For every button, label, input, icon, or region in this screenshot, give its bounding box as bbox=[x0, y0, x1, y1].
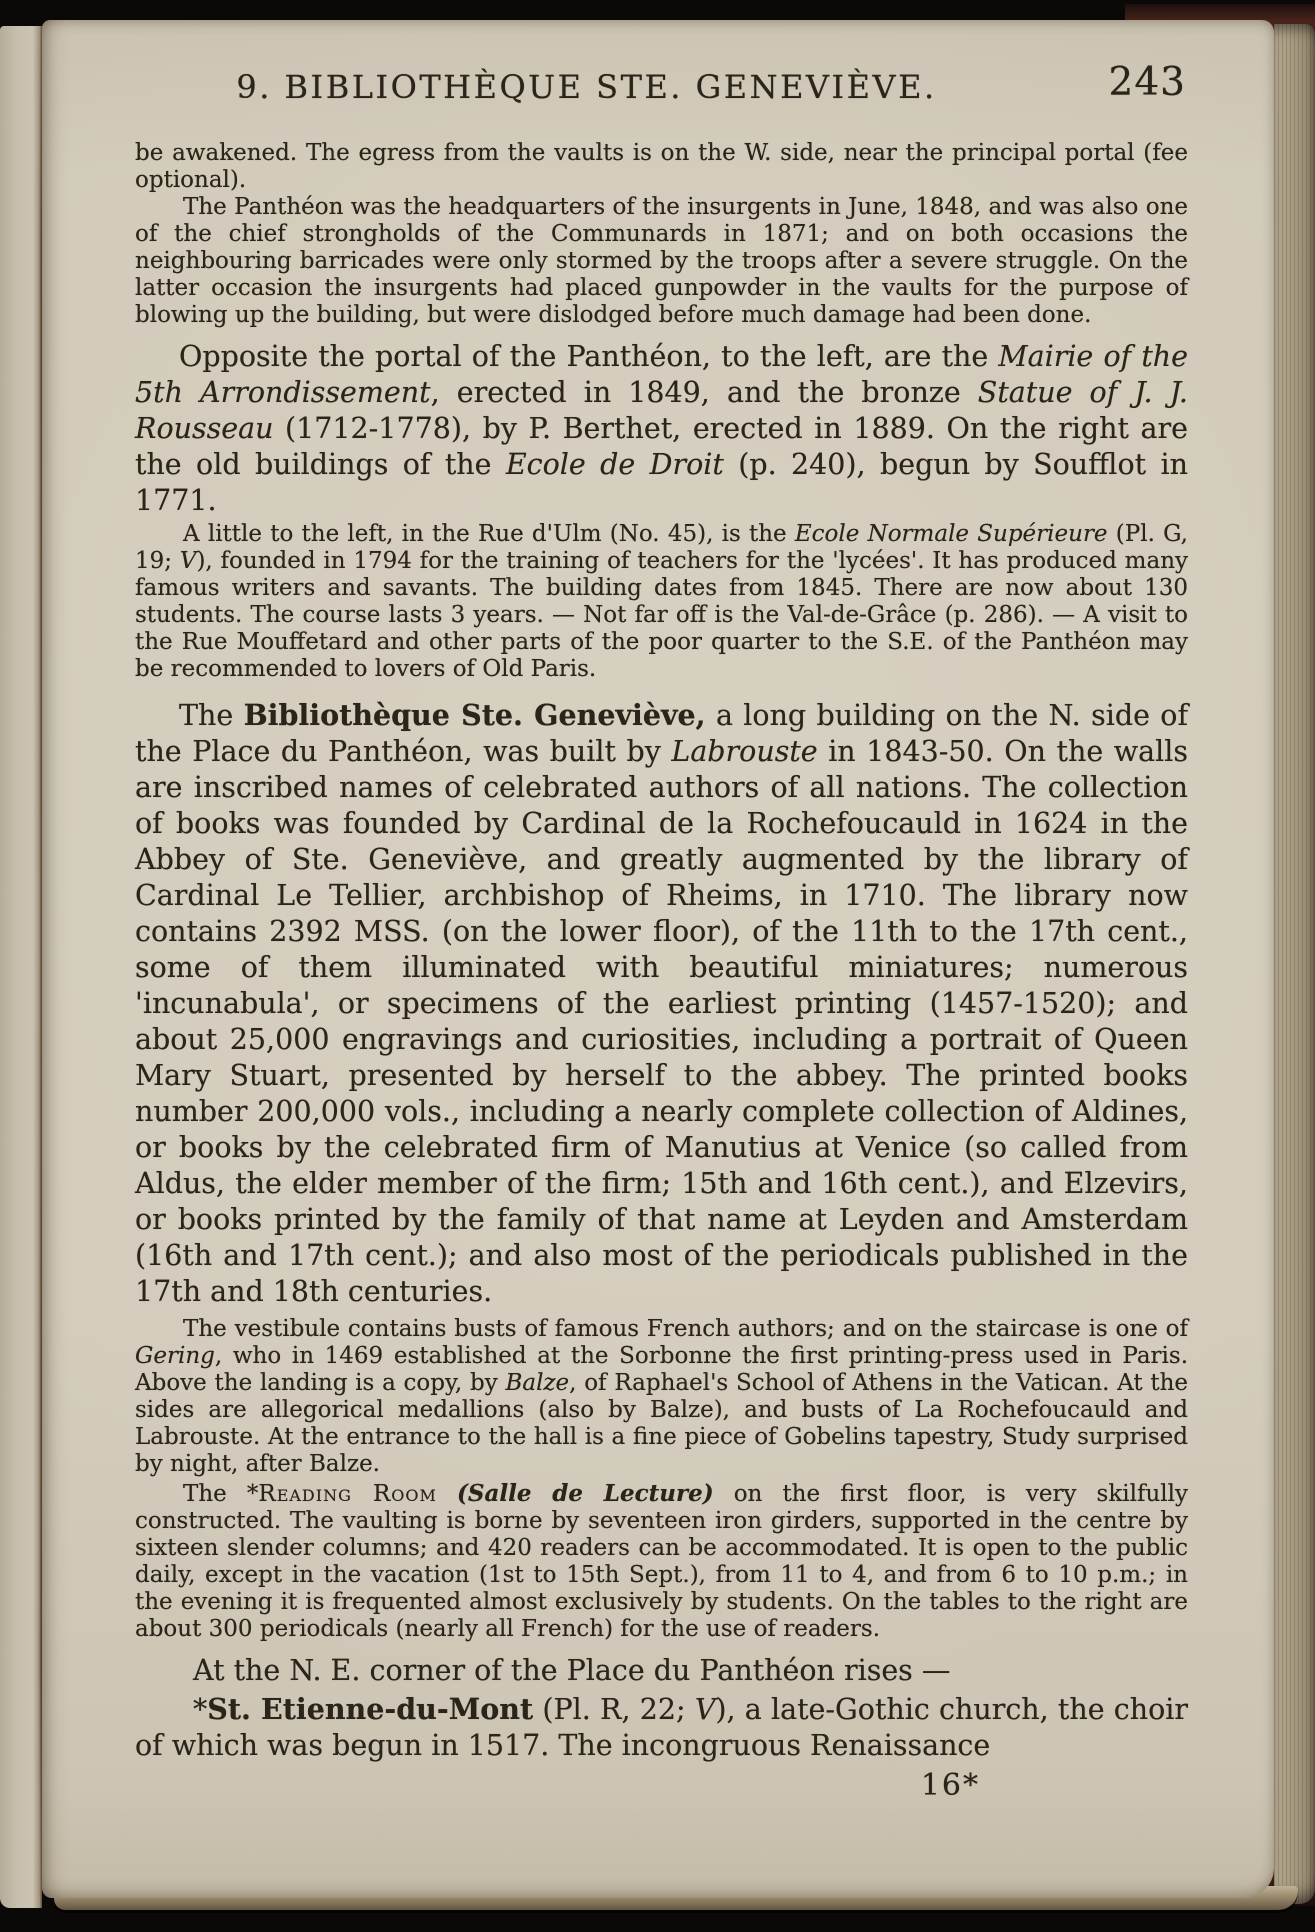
page-number: 243 bbox=[1109, 60, 1186, 105]
text-run: be awakened. The egress from the vaults … bbox=[135, 140, 1188, 193]
paragraph-mairie-statue: Opposite the portal of the Panthéon, to … bbox=[135, 339, 1188, 519]
paragraph-vestibule-note: The vestibule contains busts of famous F… bbox=[135, 1316, 1188, 1478]
text-run: The * bbox=[183, 1481, 258, 1507]
book-scan-scene: 9. BIBLIOTHÈQUE STE. GENEVIÈVE. 243 be a… bbox=[0, 0, 1315, 1932]
book-page: 9. BIBLIOTHÈQUE STE. GENEVIÈVE. 243 be a… bbox=[42, 20, 1274, 1898]
text-block: be awakened. The egress from the vaults … bbox=[135, 140, 1188, 1803]
text-run: (Pl. R, 22; bbox=[533, 1693, 695, 1726]
running-header: 9. BIBLIOTHÈQUE STE. GENEVIÈVE. 243 bbox=[135, 68, 1188, 126]
text-run: (Salle de Lecture) bbox=[457, 1480, 714, 1507]
text-run bbox=[437, 1481, 457, 1507]
paragraph-ne-corner: At the N. E. corner of the Place du Pant… bbox=[135, 1653, 1188, 1689]
text-run: St. Etienne-du-Mont bbox=[207, 1692, 533, 1726]
paragraph-ecole-normale-note: A little to the left, in the Rue d'Ulm (… bbox=[135, 521, 1188, 683]
text-run: in 1843-50. On the walls are inscribed n… bbox=[135, 735, 1188, 1308]
text-run: The vestibule contains busts of famous F… bbox=[183, 1316, 1188, 1342]
text-run: Ecole de Droit bbox=[506, 448, 724, 481]
text-run: V bbox=[695, 1693, 716, 1726]
text-run: * bbox=[193, 1693, 207, 1726]
book-fore-edge bbox=[1274, 24, 1315, 1904]
text-run: V bbox=[180, 548, 197, 574]
text-run: Ecole Normale Supérieure bbox=[795, 521, 1108, 547]
paragraph-pantheon-egress: be awakened. The egress from the vaults … bbox=[135, 140, 1188, 194]
text-run: ), founded in 1794 for the training of t… bbox=[135, 548, 1188, 682]
gutter-previous-page-edge bbox=[0, 26, 42, 1908]
chapter-title: 9. BIBLIOTHÈQUE STE. GENEVIÈVE. bbox=[135, 68, 1188, 106]
paragraph-reading-room-note: The *Reading Room (Salle de Lecture) on … bbox=[135, 1480, 1188, 1643]
text-run: At the N. E. corner of the Place du Pant… bbox=[193, 1654, 950, 1687]
text-run: Reading Room bbox=[258, 1481, 437, 1507]
paragraph-st-etienne: *St. Etienne-du-Mont (Pl. R, 22; V), a l… bbox=[135, 1691, 1188, 1764]
text-run: Labrouste bbox=[671, 735, 817, 768]
text-run: Gering bbox=[135, 1343, 215, 1369]
text-run: A little to the left, in the Rue d'Ulm (… bbox=[183, 521, 795, 547]
paragraph-bibliotheque-main: The Bibliothèque Ste. Geneviève, a long … bbox=[135, 697, 1188, 1310]
paragraph-pantheon-history-note: The Panthéon was the headquarters of the… bbox=[135, 194, 1188, 329]
text-run: The Panthéon was the headquarters of the… bbox=[135, 194, 1188, 328]
text-run: Balze bbox=[505, 1370, 569, 1396]
signature-mark: 16* bbox=[135, 1768, 1188, 1803]
text-run: Bibliothèque Ste. Geneviève, bbox=[244, 698, 706, 732]
text-run: , erected in 1849, and the bronze bbox=[431, 376, 978, 409]
text-run: Opposite the portal of the Panthéon, to … bbox=[179, 340, 998, 373]
text-run: The bbox=[179, 699, 244, 732]
